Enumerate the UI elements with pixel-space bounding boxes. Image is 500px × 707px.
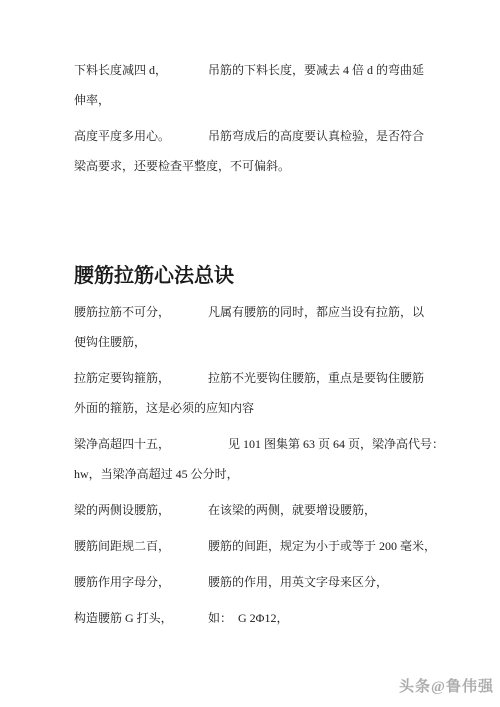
mnemonic-phrase: 腰筋作用字母分， xyxy=(74,567,208,597)
paragraph: 构造腰筋 G 打头，如： G 2Φ12， xyxy=(74,603,436,633)
paragraph-first-line: 腰筋拉筋不可分，凡属有腰筋的同时，都应当设有拉筋，以 xyxy=(74,297,436,327)
section-heading: 腰筋拉筋心法总诀 xyxy=(74,261,436,291)
paragraph-first-line: 梁的两侧设腰筋，在该梁的两侧，就要增设腰筋， xyxy=(74,495,436,525)
paragraph-first-line: 下料长度减四 d，吊筋的下料长度，要减去 4 倍 d 的弯曲延 xyxy=(74,55,436,85)
paragraph-first-line: 腰筋作用字母分，腰筋的作用，用英文字母来区分， xyxy=(74,567,436,597)
explanation-line: 拉筋不光要钩住腰筋，重点是要钩住腰筋 xyxy=(208,371,424,385)
paragraph-first-line: 拉筋定要钩箍筋，拉筋不光要钩住腰筋，重点是要钩住腰筋 xyxy=(74,363,436,393)
paragraph-first-line: 构造腰筋 G 打头，如： G 2Φ12， xyxy=(74,603,436,633)
explanation-line: 见 101 图集第 63 页 64 页，梁净高代号： xyxy=(228,437,444,451)
paragraph: 腰筋间距规二百，腰筋的间距，规定为小于或等于 200 毫米， xyxy=(74,531,436,561)
watermark-text: 头条@鲁伟强 xyxy=(399,675,494,696)
paragraph: 腰筋拉筋不可分，凡属有腰筋的同时，都应当设有拉筋，以 便钩住腰筋， xyxy=(74,297,436,357)
mnemonic-phrase: 梁的两侧设腰筋， xyxy=(74,495,208,525)
paragraph-first-line: 高度平度多用心。吊筋弯成后的高度要认真检验，是否符合 xyxy=(74,121,436,151)
paragraph: 梁的两侧设腰筋，在该梁的两侧，就要增设腰筋， xyxy=(74,495,436,525)
explanation-line: 吊筋弯成后的高度要认真检验，是否符合 xyxy=(208,129,424,143)
explanation-continuation-line: 伸率， xyxy=(74,85,436,115)
mnemonic-phrase: 构造腰筋 G 打头， xyxy=(74,603,208,633)
explanation-line: 吊筋的下料长度，要减去 4 倍 d 的弯曲延 xyxy=(208,63,424,77)
explanation-continuation-line: 便钩住腰筋， xyxy=(74,327,436,357)
mnemonic-phrase: 下料长度减四 d， xyxy=(74,55,208,85)
document-page: 下料长度减四 d，吊筋的下料长度，要减去 4 倍 d 的弯曲延 伸率， 高度平度… xyxy=(0,0,500,707)
explanation-line: 如： G 2Φ12， xyxy=(208,611,288,625)
explanation-line: 在该梁的两侧，就要增设腰筋， xyxy=(208,503,376,517)
explanation-line: 腰筋的作用，用英文字母来区分， xyxy=(208,575,388,589)
paragraph: 高度平度多用心。吊筋弯成后的高度要认真检验，是否符合 梁高要求，还要检查平整度，… xyxy=(74,121,436,181)
paragraph: 梁净高超四十五，见 101 图集第 63 页 64 页，梁净高代号： hw，当梁… xyxy=(74,429,436,489)
mnemonic-phrase: 梁净高超四十五， xyxy=(74,429,228,459)
explanation-line: 腰筋的间距，规定为小于或等于 200 毫米， xyxy=(208,539,436,553)
explanation-continuation-line: hw，当梁净高超过 45 公分时， xyxy=(74,459,436,489)
mnemonic-phrase: 腰筋间距规二百， xyxy=(74,531,208,561)
mnemonic-phrase: 拉筋定要钩箍筋， xyxy=(74,363,208,393)
explanation-continuation-line: 外面的箍筋，这是必须的应知内容 xyxy=(74,393,436,423)
mnemonic-phrase: 高度平度多用心。 xyxy=(74,121,208,151)
explanation-line: 凡属有腰筋的同时，都应当设有拉筋，以 xyxy=(208,305,424,319)
paragraph: 拉筋定要钩箍筋，拉筋不光要钩住腰筋，重点是要钩住腰筋 外面的箍筋，这是必须的应知… xyxy=(74,363,436,423)
mnemonic-phrase: 腰筋拉筋不可分， xyxy=(74,297,208,327)
paragraph-first-line: 腰筋间距规二百，腰筋的间距，规定为小于或等于 200 毫米， xyxy=(74,531,436,561)
paragraph-first-line: 梁净高超四十五，见 101 图集第 63 页 64 页，梁净高代号： xyxy=(74,429,436,459)
paragraph: 下料长度减四 d，吊筋的下料长度，要减去 4 倍 d 的弯曲延 伸率， xyxy=(74,55,436,115)
paragraph: 腰筋作用字母分，腰筋的作用，用英文字母来区分， xyxy=(74,567,436,597)
explanation-continuation-line: 梁高要求，还要检查平整度，不可偏斜。 xyxy=(74,151,436,181)
document-body: 下料长度减四 d，吊筋的下料长度，要减去 4 倍 d 的弯曲延 伸率， 高度平度… xyxy=(74,55,436,639)
